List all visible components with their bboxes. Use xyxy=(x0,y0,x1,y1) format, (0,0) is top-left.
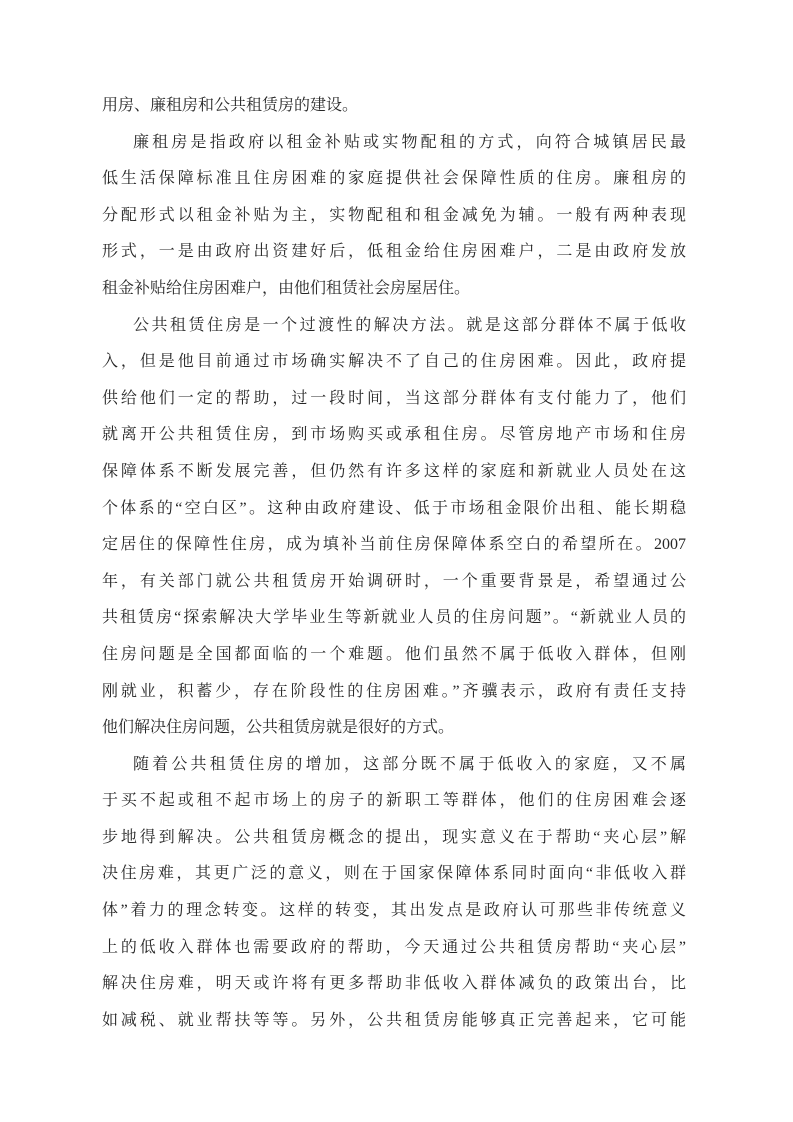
text-line: 定居住的保障性住房，成为填补当前住房保障体系空白的希望所在。2007 xyxy=(102,527,686,564)
text-line: 租金补贴给住房困难户，由他们租赁社会房屋居住。 xyxy=(102,271,686,308)
text-line: 体”着力的理念转变。这样的转变，其出发点是政府认可那些非传统意义 xyxy=(102,893,686,930)
paragraph: 廉租房是指政府以租金补贴或实物配租的方式，向符合城镇居民最低生活保障标准且住房困… xyxy=(102,125,686,308)
text-line: 低生活保障标准且住房困难的家庭提供社会保障性质的住房。廉租房的 xyxy=(102,161,686,198)
text-line: 步地得到解决。公共租赁房概念的提出，现实意义在于帮助“夹心层”解 xyxy=(102,820,686,857)
text-line: 年，有关部门就公共租赁房开始调研时，一个重要背景是，希望通过公 xyxy=(102,564,686,601)
text-line: 个体系的“空白区”。这种由政府建设、低于市场租金限价出租、能长期稳 xyxy=(102,491,686,528)
text-line: 刚就业，积蓄少，存在阶段性的住房困难。”齐骥表示，政府有责任支持 xyxy=(102,674,686,711)
text-line: 入，但是他目前通过市场确实解决不了自己的住房困难。因此，政府提 xyxy=(102,344,686,381)
paragraph: 用房、廉租房和公共租赁房的建设。 xyxy=(102,88,686,125)
text-line: 公共租赁住房是一个过渡性的解决方法。就是这部分群体不属于低收 xyxy=(102,308,686,345)
text-line: 决住房难，其更广泛的意义，则在于国家保障体系同时面向“非低收入群 xyxy=(102,856,686,893)
paragraph: 公共租赁住房是一个过渡性的解决方法。就是这部分群体不属于低收入，但是他目前通过市… xyxy=(102,308,686,747)
paragraph: 随着公共租赁住房的增加，这部分既不属于低收入的家庭，又不属于买不起或租不起市场上… xyxy=(102,747,686,1040)
text-line: 解决住房难，明天或许将有更多帮助非低收入群体减负的政策出台，比 xyxy=(102,966,686,1003)
text-line: 共租赁房“探索解决大学毕业生等新就业人员的住房问题”。“新就业人员的 xyxy=(102,600,686,637)
text-line: 就离开公共租赁住房，到市场购买或承租住房。尽管房地产市场和住房 xyxy=(102,417,686,454)
text-line: 住房问题是全国都面临的一个难题。他们虽然不属于低收入群体，但刚 xyxy=(102,637,686,674)
text-column: 用房、廉租房和公共租赁房的建设。廉租房是指政府以租金补贴或实物配租的方式，向符合… xyxy=(102,88,686,1039)
text-line: 随着公共租赁住房的增加，这部分既不属于低收入的家庭，又不属 xyxy=(102,747,686,784)
text-line: 廉租房是指政府以租金补贴或实物配租的方式，向符合城镇居民最 xyxy=(102,125,686,162)
text-line: 于买不起或租不起市场上的房子的新职工等群体，他们的住房困难会逐 xyxy=(102,783,686,820)
text-line: 上的低收入群体也需要政府的帮助，今天通过公共租赁房帮助“夹心层” xyxy=(102,930,686,967)
text-line: 用房、廉租房和公共租赁房的建设。 xyxy=(102,88,686,125)
text-line: 分配形式以租金补贴为主，实物配租和租金减免为辅。一般有两种表现 xyxy=(102,198,686,235)
text-line: 如减税、就业帮扶等等。另外，公共租赁房能够真正完善起来，它可能 xyxy=(102,1003,686,1040)
text-line: 形式，一是由政府出资建好后，低租金给住房困难户，二是由政府发放 xyxy=(102,234,686,271)
text-line: 他们解决住房问题，公共租赁房就是很好的方式。 xyxy=(102,710,686,747)
text-line: 供给他们一定的帮助，过一段时间，当这部分群体有支付能力了，他们 xyxy=(102,381,686,418)
document-page: 用房、廉租房和公共租赁房的建设。廉租房是指政府以租金补贴或实物配租的方式，向符合… xyxy=(0,0,793,1122)
text-line: 保障体系不断发展完善，但仍然有许多这样的家庭和新就业人员处在这 xyxy=(102,454,686,491)
